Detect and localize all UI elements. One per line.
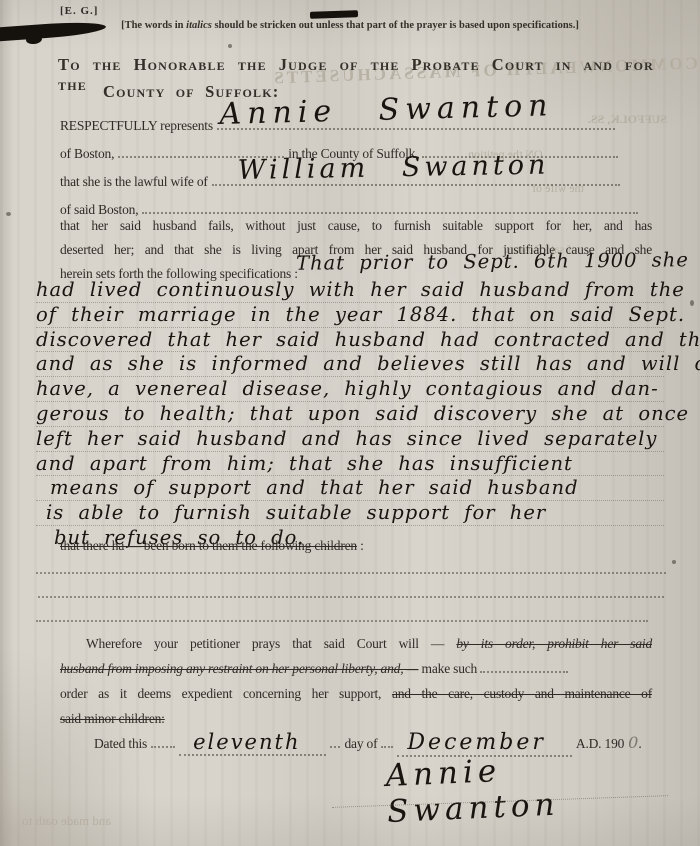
corner-mark: [E. G.]	[60, 5, 98, 17]
spec-line: means of support and that her said husba…	[36, 476, 664, 501]
husband-residence: of said Boston,	[60, 202, 138, 217]
dotted-fill	[480, 668, 568, 673]
dated-mid: day of	[344, 736, 377, 751]
dotted-fill	[151, 743, 175, 748]
prayer-struck: said minor children:	[60, 711, 165, 726]
instruction-note-italic: italics	[186, 20, 212, 31]
paper-speck	[228, 44, 232, 48]
blank-children-line	[36, 620, 648, 622]
instruction-note-pre: [The words in	[121, 20, 186, 31]
dated-day-handwriting: eleventh	[179, 730, 326, 756]
prayer-struck-italic: husband from imposing any restraint on h…	[60, 661, 418, 676]
blank-children-line	[36, 572, 666, 574]
dated-prefix: Dated this	[94, 736, 147, 751]
spec-line: left her said husband and has since live…	[36, 427, 664, 452]
spec-line: is able to furnish suitable support for …	[36, 501, 664, 526]
blank-children-line	[38, 596, 664, 598]
specifications-block: had lived continuously with her said hus…	[36, 278, 664, 551]
prayer-line: Wherefore your petitioner prays that sai…	[60, 636, 652, 652]
prayer-normal: Wherefore your petitioner prays that sai…	[86, 636, 444, 651]
dotted-fill	[142, 209, 638, 214]
prayer-normal: make such	[422, 661, 478, 676]
spec-line: gerous to health; that upon said discove…	[36, 402, 664, 427]
specification-handwriting-first: That prior to Sept. 6th 1900 she	[296, 248, 689, 274]
residence-prefix: of Boston,	[60, 146, 114, 161]
spec-line: had lived continuously with her said hus…	[36, 278, 664, 303]
spec-line: and as she is informed and believes stil…	[36, 352, 664, 377]
instruction-note: [The words in italics should be stricken…	[0, 20, 700, 31]
prayer-struck-italic: by its order, prohibit her said	[456, 636, 652, 651]
dotted-fill	[330, 743, 340, 748]
respectfully-label: RESPECTFULLY represents	[60, 118, 213, 133]
ink-smudge-top	[310, 10, 358, 19]
prayer-struck: and the care, custody and maintenance of	[392, 686, 652, 701]
spec-line: discovered that her said husband had con…	[36, 328, 664, 353]
spec-line: and apart from him; that she has insuffi…	[36, 452, 664, 477]
body-line: that her said husband fails, without jus…	[60, 218, 652, 234]
instruction-note-post: should be stricken out unless that part …	[212, 20, 579, 31]
prayer-line: said minor children:	[60, 711, 652, 727]
scanned-petition-document: COMMONWEALTH OF MASSACHUSETTS SUFFOLK, S…	[0, 0, 700, 846]
spec-line: of their marriage in the year 1884. that…	[36, 303, 664, 328]
children-clause: that there ha — been born to them the fo…	[60, 538, 364, 554]
bleedthrough-made-oath: and made oath to	[22, 813, 111, 829]
form-line-husband-residence: of said Boston,	[60, 201, 652, 219]
husband-name-handwriting: William Swanton	[237, 150, 549, 186]
wife-prefix: that she is the lawful wife of	[60, 174, 208, 189]
prayer-line: order as it deems expedient concerning h…	[60, 686, 652, 702]
prayer-normal: order as it deems expedient concerning h…	[60, 686, 381, 701]
spec-line: have, a venereal disease, highly contagi…	[36, 377, 664, 402]
prayer-line: husband from imposing any restraint on h…	[60, 661, 652, 677]
signature-handwriting: Annie Swanton	[385, 744, 700, 830]
dotted-fill	[381, 743, 393, 748]
ink-smudge-left-knob	[26, 34, 43, 45]
children-clause-colon: :	[357, 538, 364, 553]
paper-speck	[672, 560, 676, 564]
children-clause-struck: that there ha — been born to them the fo…	[60, 538, 357, 553]
paper-speck	[6, 212, 11, 216]
